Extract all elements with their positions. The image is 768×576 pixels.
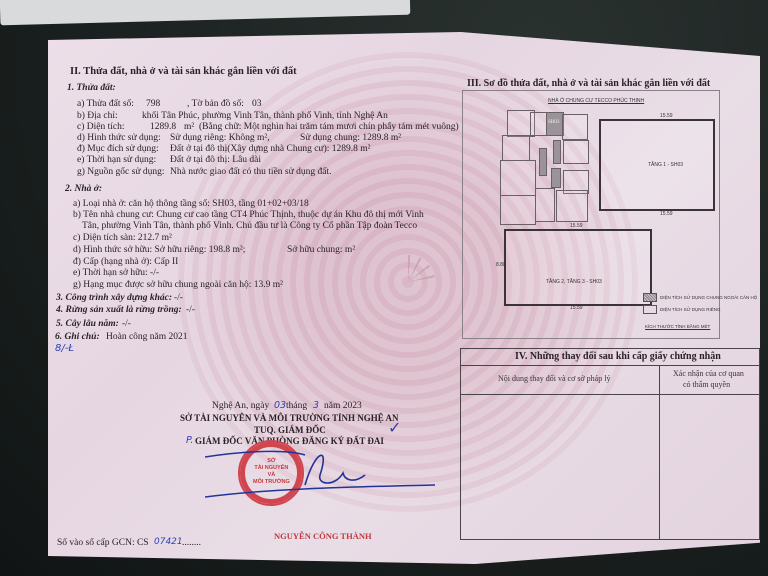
note-value: Hoàn công năm 2021: [106, 333, 188, 343]
key-plan-core: [539, 148, 547, 176]
floor23-plan: [504, 229, 652, 306]
ownership-private: d) Hình thức sở hữu: Sở hữu riêng: 198.8…: [73, 246, 245, 256]
floor-area: c) Diện tích sàn: 212.7 m²: [73, 234, 172, 244]
changes-col1-header: Nội dung thay đổi và cơ sở pháp lý: [498, 374, 610, 383]
handwritten-initials: 8/-Ł: [55, 344, 74, 354]
sign-position-1: TUQ. GIÁM ĐỐC: [254, 426, 326, 435]
note-label: 6. Ghi chú:: [55, 333, 100, 343]
sign-day: 03: [274, 401, 286, 411]
usage-purpose-label: đ) Mục đích sử dụng:: [77, 145, 159, 155]
sign-month: 3: [313, 401, 319, 411]
usage-origin-label: g) Nguồn gốc sử dụng:: [77, 168, 164, 178]
handwritten-check-mark: ✓: [388, 420, 401, 436]
building-name-line2: Tân, phường Vinh Tân, thành phố Vinh. Ch…: [82, 222, 417, 232]
key-plan-block: [556, 190, 588, 222]
section-iv-title: IV. Những thay đổi sau khi cấp giấy chứn…: [515, 352, 721, 362]
registry-number: 07421: [154, 538, 183, 547]
key-plan-block: [535, 188, 555, 222]
area-label: c) Diện tích:: [77, 123, 124, 133]
area-unit: m²: [184, 123, 194, 133]
sign-position-2-prefix: P.: [186, 436, 193, 446]
forest-value: -/-: [186, 306, 195, 316]
section-ii-title: II. Thửa đất, nhà ở và tài sản khác gắn …: [70, 67, 297, 78]
land-heading: 1. Thửa đất:: [67, 84, 116, 94]
forest-label: 4. Rừng sản xuất là rừng trồng:: [56, 306, 182, 316]
sign-month-label: tháng: [286, 402, 307, 412]
common-items-area: g) Hạng mục được sở hữu chung ngoài căn …: [73, 281, 283, 291]
sign-place-prefix: Nghệ An, ngày: [212, 402, 269, 412]
perennial-value: -/-: [122, 320, 131, 330]
parcel-number-label: a) Thửa đất số:: [77, 100, 134, 110]
changes-col2-header-line2: có thẩm quyền: [683, 380, 730, 389]
key-plan-block: [500, 160, 536, 196]
map-sheet-label: , Tờ bản đồ số:: [187, 100, 244, 110]
registry-label: Số vào sổ cấp GCN: CS: [57, 539, 149, 549]
usage-term-label: e) Thời hạn sử dụng:: [77, 156, 156, 166]
other-works-label: 3. Công trình xây dựng khác:: [56, 294, 172, 304]
floor1-dim-top: 15.59: [660, 113, 673, 119]
floor1-label: TẦNG 1 - SH03: [648, 162, 683, 168]
registry-dots: ........: [182, 539, 201, 549]
usage-form-label: d) Hình thức sử dụng:: [77, 134, 161, 144]
address-value: khối Tân Phúc, phường Vinh Tân, thành ph…: [142, 112, 388, 122]
key-plan-unit-label: SH03: [548, 120, 559, 125]
issuing-office: SỞ TÀI NGUYÊN VÀ MÔI TRƯỜNG TỈNH NGHỆ AN: [180, 414, 399, 423]
usage-origin-value: Nhà nước giao đất có thu tiền sử dụng đấ…: [170, 168, 331, 178]
ownership-common: Sở hữu chung: m²: [287, 246, 355, 256]
area-words: (Bằng chữ: Một nghìn hai trăm tám mươi c…: [199, 123, 459, 133]
usage-private: Sử dụng riêng: Không m²,: [170, 134, 270, 144]
key-plan-block: [563, 140, 589, 164]
house-type: a) Loại nhà ở: căn hộ thông tầng số: SH0…: [73, 200, 309, 210]
ownership-term: e) Thời hạn sở hữu: -/-: [73, 269, 159, 279]
address-label: b) Địa chỉ:: [77, 112, 118, 122]
floor23-dim-side: 8.88: [496, 262, 506, 268]
floor23-label: TẦNG 2, TẦNG 3 - SH03: [546, 279, 602, 285]
floor1-dim-bottom: 15.59: [660, 211, 673, 217]
area-value: 1289.8: [150, 123, 176, 133]
perennial-label: 5. Cây lâu năm:: [56, 320, 119, 330]
key-plan-core: [553, 140, 561, 164]
diagram-title: NHÀ Ở CHUNG CƯ TECCO PHÚC THỊNH: [548, 98, 644, 104]
sign-year: năm 2023: [324, 402, 362, 412]
parcel-number-value: 798: [146, 100, 160, 110]
usage-common: Sử dụng chung: 1289.8 m²: [300, 134, 401, 144]
key-plan-block: [502, 135, 530, 161]
legend-swatch-private: [643, 305, 657, 314]
handwritten-signature: [205, 445, 445, 505]
drum-star-watermark: [381, 255, 435, 309]
changes-col-divider: [659, 366, 660, 539]
background-paper: [0, 0, 410, 25]
scale-note: KÍCH THƯỚC TÍNH BẰNG MÉT: [645, 324, 710, 329]
legend-swatch-common: [643, 293, 657, 302]
usage-purpose-value: Đất ở tại đô thị(Xây dựng nhà Chung cư):…: [170, 145, 371, 155]
usage-term-value: Đất ở tại đô thị: Lâu dài: [170, 156, 261, 166]
house-grade: đ) Cấp (hạng nhà ở): Cấp II: [73, 258, 178, 268]
changes-col2-header-line1: Xác nhận của cơ quan: [673, 369, 744, 378]
signer-name: NGUYỄN CÔNG THÀNH: [274, 532, 372, 541]
key-plan-block: [562, 114, 588, 140]
house-heading: 2. Nhà ở:: [65, 185, 102, 195]
floor23-dim-top: 15.59: [570, 223, 583, 229]
map-sheet-value: 03: [252, 100, 262, 110]
key-plan-block: [500, 195, 536, 225]
key-plan-core: [551, 168, 561, 188]
legend-private-label: DIỆN TÍCH SỬ DỤNG RIÊNG: [660, 307, 721, 312]
floor23-dim-bottom: 15.59: [570, 305, 583, 311]
other-works-value: -/-: [174, 294, 183, 304]
legend-common-label: DIỆN TÍCH SỬ DỤNG CHUNG NGOÀI CĂN HỘ: [660, 295, 757, 300]
section-iii-title: III. Sơ đồ thửa đất, nhà ở và tài sản kh…: [467, 79, 710, 89]
building-name-line1: b) Tên nhà chung cư: Chung cư cao tầng C…: [73, 211, 424, 221]
